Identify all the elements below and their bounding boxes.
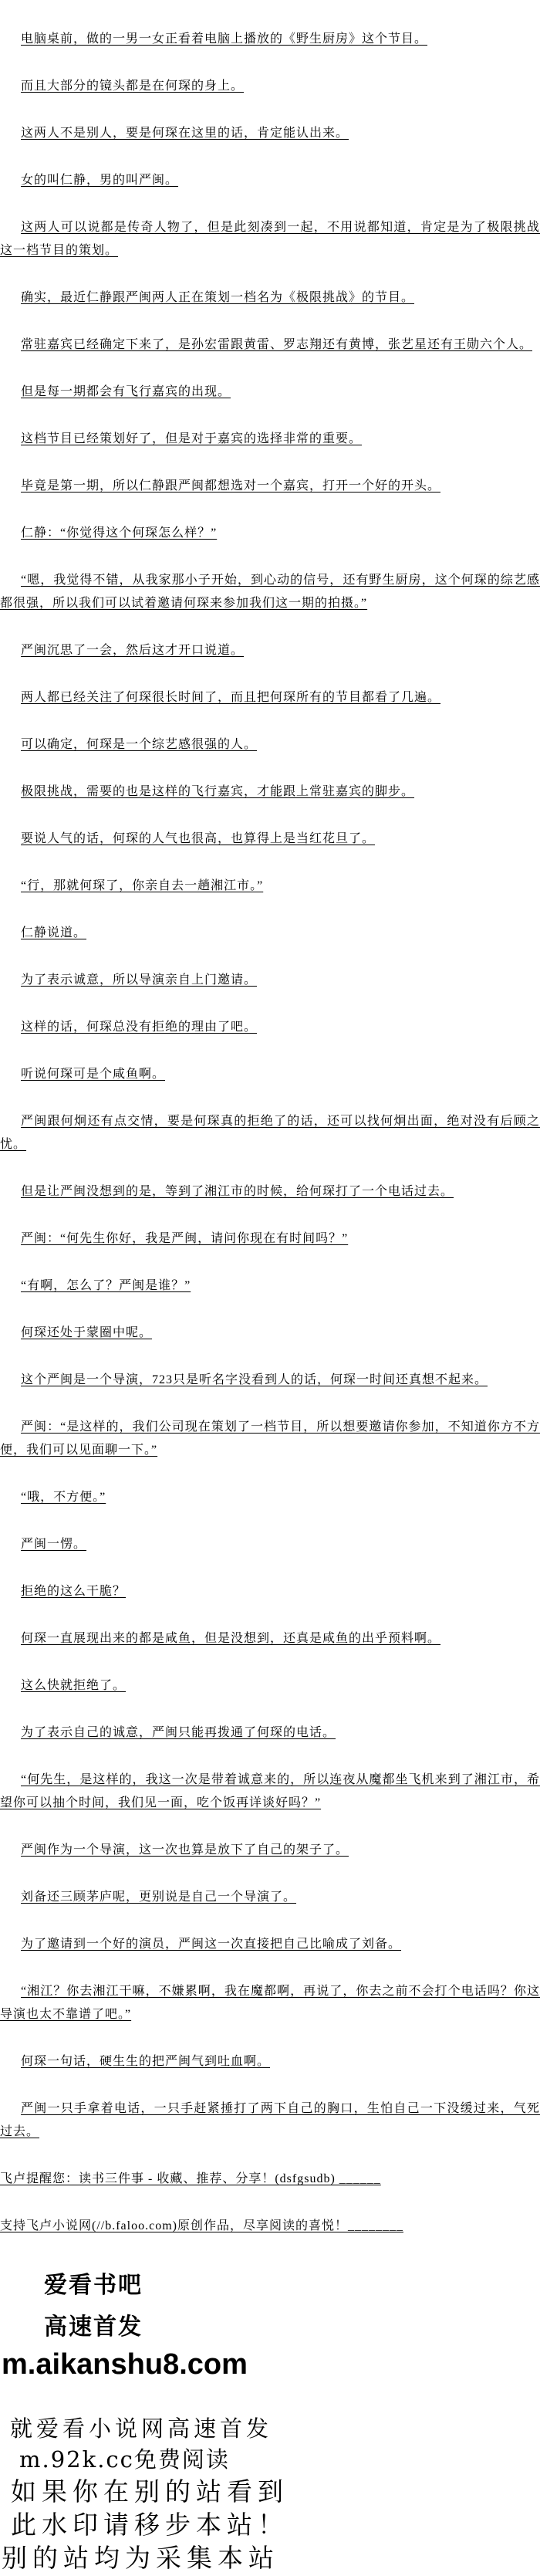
publisher-note: 飞卢提醒您：读书三件事 - 收藏、推荐、分享！(dsfgsudb) ______ (0, 2168, 540, 2191)
novel-paragraph: 拒绝的这么干脆？ (0, 1580, 540, 1603)
novel-paragraph: 这两人可以说都是传奇人物了，但是此刻凑到一起，不用说都知道，肯定是为了极限挑战这… (0, 216, 540, 262)
novel-paragraph: 严闽沉思了一会，然后这才开口说道。 (0, 639, 540, 662)
novel-paragraph: “湘江？你去湘江干嘛，不嫌累啊，我在魔都啊，再说了，你去之前不会打个电话吗？你这… (0, 1980, 540, 2026)
publisher-notes: 飞卢提醒您：读书三件事 - 收藏、推荐、分享！(dsfgsudb) ______… (0, 2168, 540, 2238)
novel-paragraph: 而且大部分的镜头都是在何琛的身上。 (0, 75, 540, 98)
novel-paragraph: 严闽一只手拿着电话，一只手赶紧捶打了两下自己的胸口，生怕自己一下没缓过来，气死过… (0, 2097, 540, 2144)
novel-paragraph: 这档节目已经策划好了，但是对于嘉宾的选择非常的重要。 (0, 428, 540, 451)
novel-paragraph: 仁静：“你觉得这个何琛怎么样？” (0, 522, 540, 545)
novel-paragraph: 这么快就拒绝了。 (0, 1674, 540, 1698)
novel-paragraph: 两人都已经关注了何琛很长时间了，而且把何琛所有的节目都看了几遍。 (0, 686, 540, 709)
novel-paragraph: 听说何琛可是个咸鱼啊。 (0, 1063, 540, 1086)
watermark-line: 此水印请移步本站！ (11, 2508, 540, 2541)
novel-paragraph: 严闽：“何先生你好，我是严闽，请问你现在有时间吗？” (0, 1227, 540, 1251)
watermark-block: 就爱看小说网高速首发m.92k.cc免费阅读如果你在别的站看到此水印请移步本站！… (0, 2413, 540, 2574)
novel-paragraph: 刘备还三顾茅庐呢，更别说是自己一个导演了。 (0, 1886, 540, 1909)
novel-paragraph: 为了表示自己的诚意，严闽只能再拨通了何琛的电话。 (0, 1721, 540, 1745)
novel-paragraph: 为了邀请到一个好的演员，严闽这一次直接把自己比喻成了刘备。 (0, 1933, 540, 1956)
novel-reader-page: 电脑桌前，做的一男一女正看着电脑上播放的《野生厨房》这个节目。而且大部分的镜头都… (0, 0, 540, 2238)
novel-paragraph: “哦，不方便。” (0, 1486, 540, 1509)
promo-tagline: 高速首发 (44, 2316, 540, 2339)
novel-paragraph: 常驻嘉宾已经确定下来了，是孙宏雷跟黄雷、罗志翔还有黄博，张艺星还有王勋六个人。 (0, 333, 540, 357)
novel-paragraph: 何琛一直展现出来的都是咸鱼，但是没想到，还真是咸鱼的出乎预料啊。 (0, 1627, 540, 1650)
novel-paragraph: 何琛一句话，硬生生的把严闽气到吐血啊。 (0, 2050, 540, 2073)
novel-paragraph: 这两人不是别人，要是何琛在这里的话，肯定能认出来。 (0, 122, 540, 145)
watermark-line: 如果你在别的站看到 (11, 2475, 540, 2508)
novel-paragraph: 电脑桌前，做的一男一女正看着电脑上播放的《野生厨房》这个节目。 (0, 28, 540, 51)
novel-paragraph: 女的叫仁静，男的叫严闽。 (0, 169, 540, 192)
novel-paragraph: 这样的话，何琛总没有拒绝的理由了吧。 (0, 1016, 540, 1039)
chapter-text: 电脑桌前，做的一男一女正看着电脑上播放的《野生厨房》这个节目。而且大部分的镜头都… (0, 0, 540, 2144)
novel-paragraph: “有啊，怎么了？严闽是谁？” (0, 1274, 540, 1298)
novel-paragraph: 要说人气的话，何琛的人气也很高，也算得上是当红花旦了。 (0, 828, 540, 851)
novel-paragraph: “行，那就何琛了，你亲自去一趟湘江市。” (0, 875, 540, 898)
novel-paragraph: 严闽作为一个导演，这一次也算是放下了自己的架子了。 (0, 1839, 540, 1862)
novel-paragraph: 毕竟是第一期，所以仁静跟严闽都想选对一个嘉宾，打开一个好的开头。 (0, 475, 540, 498)
novel-paragraph: “嗯，我觉得不错，从我家那小子开始，到心动的信号，还有野生厨房，这个何琛的综艺感… (0, 569, 540, 615)
novel-paragraph: 但是每一期都会有飞行嘉宾的出现。 (0, 381, 540, 404)
novel-paragraph: 但是让严闽没想到的是，等到了湘江市的时候，给何琛打了一个电话过去。 (0, 1180, 540, 1203)
novel-paragraph: 严闽：“是这样的，我们公司现在策划了一档节目，所以想要邀请你参加，不知道你方不方… (0, 1416, 540, 1462)
promo-site-url: m.aikanshu8.com (2, 2350, 540, 2379)
novel-paragraph: 为了表示诚意，所以导演亲自上门邀请。 (0, 969, 540, 992)
novel-paragraph: “何先生，是这样的，我这一次是带着诚意来的，所以连夜从魔都坐飞机来到了湘江市，希… (0, 1769, 540, 1815)
novel-paragraph: 严闽一愣。 (0, 1533, 540, 1556)
publisher-note: 支持飞卢小说网(//b.faloo.com)原创作品，尽享阅读的喜悦！_____… (0, 2215, 540, 2238)
watermark-line: 别的站均为采集本站 (2, 2541, 540, 2574)
promo-block: 爱看书吧 高速首发 m.aikanshu8.com (0, 2274, 540, 2379)
watermark-line: m.92k.cc免费阅读 (19, 2444, 540, 2475)
novel-paragraph: 何琛还处于蒙圈中呢。 (0, 1322, 540, 1345)
promo-site-name: 爱看书吧 (44, 2274, 540, 2297)
watermark-line: 就爱看小说网高速首发 (10, 2413, 540, 2444)
novel-paragraph: 确实，最近仁静跟严闽两人正在策划一档名为《极限挑战》的节目。 (0, 286, 540, 310)
novel-paragraph: 极限挑战，需要的也是这样的飞行嘉宾，才能跟上常驻嘉宾的脚步。 (0, 780, 540, 804)
novel-paragraph: 可以确定，何琛是一个综艺感很强的人。 (0, 733, 540, 757)
novel-paragraph: 这个严闽是一个导演，723只是听名字没看到人的话，何琛一时间还真想不起来。 (0, 1369, 540, 1392)
novel-paragraph: 严闽跟何炯还有点交情，要是何琛真的拒绝了的话，还可以找何炯出面，绝对没有后顾之忧… (0, 1110, 540, 1156)
novel-paragraph: 仁静说道。 (0, 922, 540, 945)
